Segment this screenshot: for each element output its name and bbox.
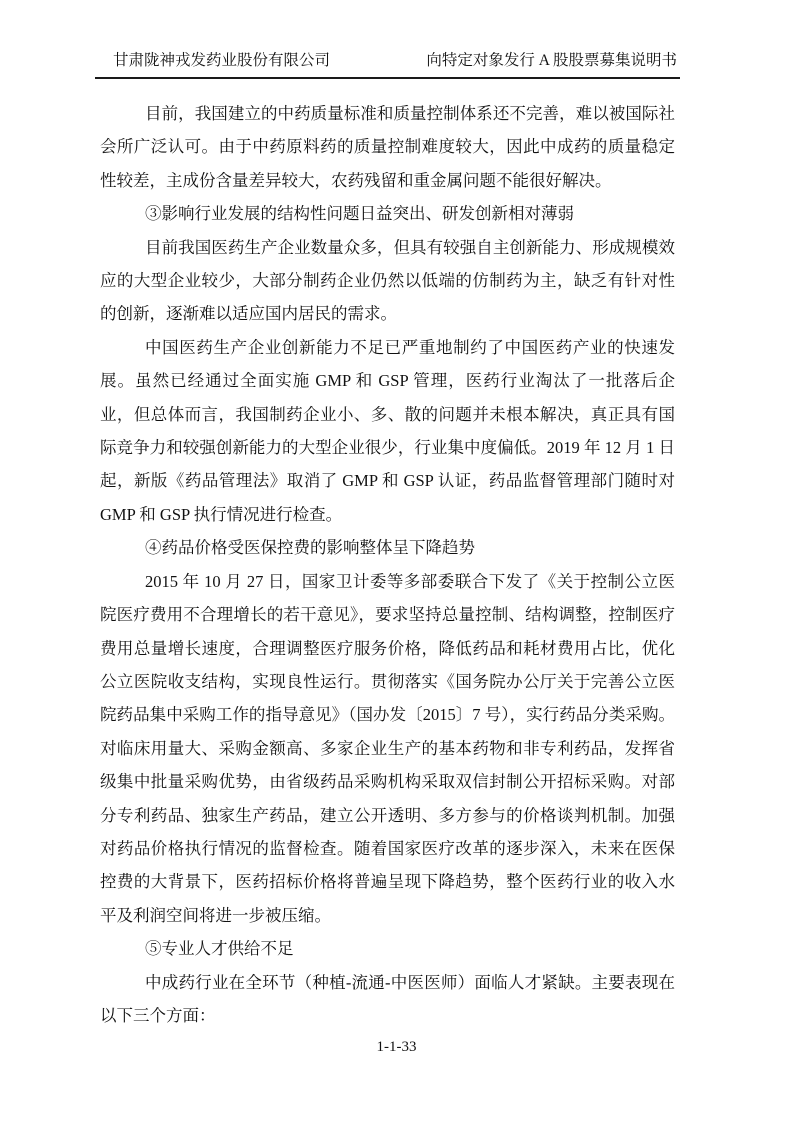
section-heading-talent-shortage: ⑤专业人才供给不足 xyxy=(100,932,675,965)
paragraph-quality-control-issues: 目前，我国建立的中药质量标准和质量控制体系还不完善，难以被国际社会所广泛认可。由… xyxy=(100,97,675,197)
document-page: 甘肃陇神戎发药业股份有限公司 向特定对象发行 A 股股票募集说明书 目前，我国建… xyxy=(0,0,793,1122)
section-heading-structural-problems: ③影响行业发展的结构性问题日益突出、研发创新相对薄弱 xyxy=(100,197,675,230)
header-divider-rule xyxy=(95,77,680,79)
paragraph-medical-insurance-cost-control-policy: 2015 年 10 月 27 日，国家卫计委等多部委联合下发了《关于控制公立医院… xyxy=(100,565,675,932)
document-body: 目前，我国建立的中药质量标准和质量控制体系还不完善，难以被国际社会所广泛认可。由… xyxy=(100,97,675,1032)
paragraph-talent-shortage-overview: 中成药行业在全环节（种植-流通-中医医师）面临人才紧缺。主要表现在以下三个方面： xyxy=(100,966,675,1033)
section-heading-drug-price-decline: ④药品价格受医保控费的影响整体呈下降趋势 xyxy=(100,531,675,564)
page-header: 甘肃陇神戎发药业股份有限公司 向特定对象发行 A 股股票募集说明书 xyxy=(100,51,677,71)
header-document-title: 向特定对象发行 A 股股票募集说明书 xyxy=(426,51,677,71)
header-company-name: 甘肃陇神戎发药业股份有限公司 xyxy=(113,51,330,71)
page-number: 1-1-33 xyxy=(0,1037,793,1057)
paragraph-many-manufacturers-weak-innovation: 目前我国医药生产企业数量众多，但具有较强自主创新能力、形成规模效应的大型企业较少… xyxy=(100,231,675,331)
paragraph-innovation-shortfall-gmp-gsp: 中国医药生产企业创新能力不足已严重地制约了中国医药产业的快速发展。虽然已经通过全… xyxy=(100,331,675,531)
